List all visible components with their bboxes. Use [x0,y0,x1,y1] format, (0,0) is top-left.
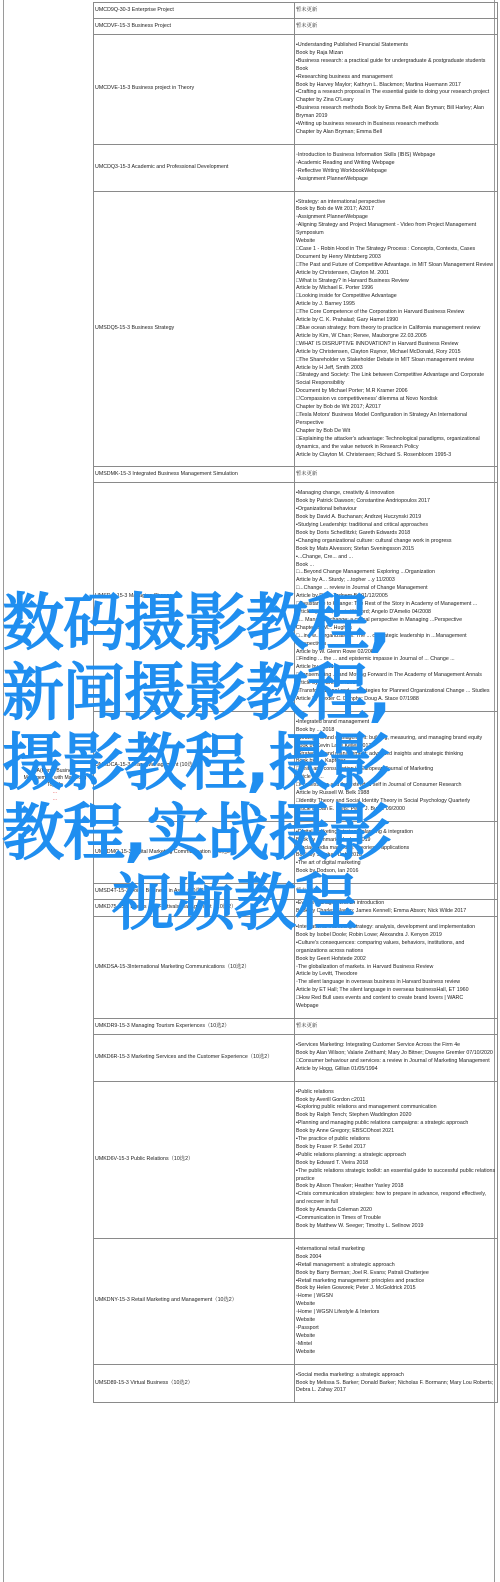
resource-line: ▪Writing up business research in Busines… [296,121,496,129]
course-resources: ▪International retail marketingBook 2004… [295,1238,498,1364]
resource-line: Book 2004 [296,1254,496,1262]
course-row: UMSD89-15-3 Virtual Business（10选2）▪Socia… [94,1364,498,1403]
resource-line: Book by J... Kapferer [296,758,496,766]
resource-line: Book by Bob de Wit 2017; Â2017 [296,206,496,214]
course-row: UMCDQ3-15-3 Academic and Professional De… [94,144,498,191]
resource-line: □'Compassion vs competitiveness' dilemma… [296,396,496,404]
resource-line: Book by Alan Wilson; Valarie Zeithaml; M… [296,1050,496,1058]
course-resources: ▪International marketing strategy: analy… [295,917,498,1019]
resource-line: □...ing w... organizations: The ... of s… [296,633,496,649]
resource-line: Book by ... 2018 [296,727,496,735]
resource-line: Article by Russell W. Belk 1988 [296,790,496,798]
course-code: UMKDNY-15-3 Retail Marketing and Managem… [94,1238,295,1364]
course-row: UMSD...-15-3 Managing Change...▪Managing… [94,483,498,711]
resource-line: □...Change ... review in Journal of Chan… [296,585,496,593]
resource-line: ◦Home | WGSN [296,1293,496,1301]
course-resources: ▪Strategy: an international perspectiveB… [295,191,498,467]
resource-line: ▪Services Marketing: Integrating Custome… [296,1042,496,1050]
resource-line: ◦Assignment PlannerWebpage [296,176,496,184]
resource-line: Book by Ralph Tench; Stephen Waddington … [296,1112,496,1120]
resource-line: ◦Passport [296,1325,496,1333]
program-note-red: ... [20,789,90,796]
course-resources: ▪Integrated brand managementBook by ... … [295,711,498,821]
course-resources: ▪Understanding Published Financial State… [295,35,498,145]
resource-line: □The Core Competence of the Corporation … [296,309,496,317]
course-code: UMKDMQ-15-3 Digital Marketing Communicat… [94,821,295,883]
course-code: UMCDVE-15-3 Business project in Theory [94,35,295,145]
resource-line: □Possessions and the extended self in Jo… [296,782,496,790]
resource-line: Webpage [296,1003,496,1011]
resource-line: □Tesla Motors' Business Model Configurat… [296,412,496,428]
resource-line: ▪Organizational behaviour [296,506,496,514]
resource-line: □Case 1 - Robin Hood in The Strategy Pro… [296,246,496,254]
resource-line: Book by Alison Theaker; Heather Yaxley 2… [296,1183,496,1191]
resource-line: Book by Helen Goworek; Peter J. McGoldri… [296,1285,496,1293]
resource-line: ◦Introduction to Business Information Sk… [296,152,496,160]
resource-line: Article by ET Hall; The silent language … [296,987,496,995]
resource-line: Chapter by Bob De Wit [296,428,496,436]
resource-line: ◦Academic Reading and Writing Webpage [296,160,496,168]
course-code: UMKD6V-15-3 Public Relations（10选2） [94,1081,295,1238]
resource-line: ◦Assignment PlannerWebpage [296,214,496,222]
course-resources: ▪Managing change, creativity & innovatio… [295,483,498,711]
resource-line: ▪Integrated brand management [296,719,496,727]
resource-line: ▪Exploring public relations and manageme… [296,1104,496,1112]
resource-line: Book by Melissa S. Barker; Donald Barker… [296,1380,496,1396]
course-row: UMSDMK-15-3 Integrated Business Manageme… [94,467,498,483]
resource-line: □Blue ocean strategy: from theory to pra… [296,325,496,333]
course-row: UMKDMQ-15-3 Digital Marketing Communicat… [94,821,498,883]
resource-line: ▪The art of digital marketing [296,860,496,868]
resource-line: ▪Public relations planning: a strategic … [296,1152,496,1160]
resource-line: Article by Levitt, Theodore [296,971,496,979]
program-note-red: ... [20,796,90,803]
resource-line: Website [296,1301,496,1309]
resource-line: ▪...Change, Cre... and ... [296,554,496,562]
course-code: UMSDQ5-15-3 Business Strategy [94,191,295,467]
course-code: UMCD9Q-30-3 Enterprise Project [94,3,295,19]
resource-line: Article by ... [296,774,496,782]
resource-line: Book by Charles Bladen; James Kennell; E… [296,908,496,916]
resource-line: □Sensemaking ... and Moving Forward in T… [296,672,496,680]
resource-line: ▪Digital marketing: strategic planning &… [296,829,496,837]
resource-line: ◦The silent language in overseas busines… [296,979,496,987]
resource-line: ◦Home | WGSN Lifestyle & Interiors [296,1309,496,1317]
course-row: UMKD6V-15-3 Public Relations（10选2）▪Publi… [94,1081,498,1238]
resource-line: Article by ... 2013 [296,664,496,672]
resource-line: □How Red Bull uses events and content to… [296,995,496,1003]
resource-line: ▪Communication in Times of Trouble [296,1215,496,1223]
resource-line: ▪Events management: an introduction [296,900,496,908]
course-row: UMKD75-15-3 Events and Festivals Managem… [94,900,498,917]
resource-line: ▪Retail management: a strategic approach [296,1262,496,1270]
resource-line: ▪Business research: a practical guide fo… [296,58,496,66]
program-note-line: BA(Hons) Business [20,768,90,775]
resource-line: ▪The practice of public relations [296,1136,496,1144]
resource-line: □WHAT IS DISRUPTIVE INNOVATION? in Harva… [296,341,496,349]
resource-line: ▪Culture's consequences: comparing value… [296,940,496,956]
resource-line: Book by Matthew W. Seeger; Timothy L. Se… [296,1223,496,1231]
resource-line: ▪Planning and managing public relations … [296,1120,496,1128]
resource-line: 暂未更新 [296,7,496,15]
resource-line: Book by Patrick Dawson; Constantine Andr… [296,498,496,506]
course-row: UMKD6R-15-3 Marketing Services and the C… [94,1034,498,1081]
resource-line: Website [296,238,496,246]
course-row: UMSD4T-15-3 Doing Business in Asia（10选2）… [94,884,498,900]
resource-line: ▪Social media marketing: a strategic app… [296,1372,496,1380]
course-code: UMKD6R-15-3 Marketing Services and the C… [94,1034,295,1081]
resource-line: □Consumer behaviour and services: a revi… [296,1058,496,1066]
course-resources: 暂未更新 [295,467,498,483]
resource-line: Book by David A. Buchanan; Andrzej Huczy… [296,514,496,522]
resource-line: Book by Averill Gordon c2011 [296,1097,496,1105]
course-resources: 暂未更新 [295,3,498,19]
resource-line: □...Beyond Change Management: Exploring … [296,569,496,577]
resource-line: Article by Michael E. Porter 1996 [296,285,496,293]
resource-line: Article by Hogg, Gillian 01/05/1994 [296,1066,496,1074]
resource-line: ▪Crafting a research proposal in The ess… [296,89,496,105]
resource-line: □Identity Theory and Social Identity The… [296,798,496,806]
resource-line: Article by ... Chen ... /2014 [296,680,496,688]
resource-line: ▪Crisis communication strategies: how to… [296,1191,496,1207]
resource-line: Website [296,1349,496,1357]
resource-line: ▪Changing organizational culture: cultur… [296,538,496,546]
resource-line: Article by H Jeff, Smith 2003 [296,365,496,373]
course-code: UMCDVF-15-3 Business Project [94,19,295,35]
program-note-line: Management with Marketing [20,775,90,782]
course-row: UMSDQ5-15-3 Business Strategy▪Strategy: … [94,191,498,467]
resource-line: ▪Strategic brand management: building, m… [296,735,496,743]
resource-line: Article by Dexter C. Dunphy; Doug A. Sta… [296,696,496,704]
course-code: UMSD89-15-3 Virtual Business（10选2） [94,1364,295,1403]
resource-line: Book ... [296,562,496,570]
course-row: UMCD9Q-30-3 Enterprise Project暂未更新 [94,3,498,19]
resource-line: ◦The globalization of markets. in Harvar… [296,964,496,972]
resource-line: Book by Dodson, Ian 2016 [296,868,496,876]
resource-line: Document by Henry Mintzberg 2003 [296,254,496,262]
resource-line: Article by A... Sturdy; ...topher ...y 1… [296,577,496,585]
course-resources: ▪Digital marketing: strategic planning &… [295,821,498,883]
course-resources: ▪Events management: an introductionBook … [295,900,498,917]
resource-line: Book by Geert Hofstede 2002 [296,956,496,964]
resource-line: 暂未更新 [296,23,496,31]
resource-line: 暂未更新 [296,471,496,479]
course-row: UMCDVE-15-3 Business project in Theory▪U… [94,35,498,145]
resource-line: Article by J. Barney 1995 [296,301,496,309]
resource-line: Book by Amanda Coleman 2020 [296,1207,496,1215]
resource-line: ◦Mintel [296,1341,496,1349]
course-row: UMKDR9-15-3 Managing Tourism Experiences… [94,1018,498,1034]
resource-line: Book by Stephan Dahl 2018 [296,852,496,860]
course-code: UMSDMK-15-3 Integrated Business Manageme… [94,467,295,483]
resource-line: Article by C. K. Prahalad; Gary Hamel 19… [296,317,496,325]
resource-line: Article by Christensen, Clayton M. 2001 [296,270,496,278]
resource-line: Book by Doris Schedlitzki; Gareth Edward… [296,530,496,538]
resource-line: ◦Reflective Writing WorkbookWebpage [296,168,496,176]
resource-line: ▪Researching business and management [296,74,496,82]
course-row: UMKDSA-15-3International Marketing Commu… [94,917,498,1019]
resource-line: □The Past and Future of Competitive Adva… [296,262,496,270]
course-code: UMKDR9-15-3 Managing Tourism Experiences… [94,1018,295,1034]
resource-line: 暂未更新 [296,1023,496,1031]
resource-line: Article by ...ord; Laurie W...ford; Ange… [296,609,496,617]
course-table: UMCD9Q-30-3 Enterprise Project暂未更新UMCDVF… [93,2,498,1403]
resource-line: Book [296,66,496,74]
resource-line: ▪Strategic brand management: advanced in… [296,751,496,759]
resource-line: ▪Studying Leadership: traditional and cr… [296,522,496,530]
course-row: UMCDVF-15-3 Business Project暂未更新 [94,19,498,35]
resource-line: Book by Harvey Maylor; Kathryn L. Blackm… [296,82,496,90]
resource-line: Book by Anne Gregory; EBSCOhost 2021 [296,1128,496,1136]
resource-line: □Finding ... the ... and epistemic impas… [296,656,496,664]
resource-line: Article by W. Glenn Rowe 02/2001 [296,649,496,657]
resource-line: Book by Fraser P. Seitel 2017 [296,1144,496,1152]
course-code: UMCDQ3-15-3 Academic and Professional De… [94,144,295,191]
resource-line: □Looking inside for Competitive Advantag… [296,293,496,301]
resource-line: Document by Michael Porter; M.R Kramer 2… [296,388,496,396]
course-code: UMKDSA-15-3International Marketing Commu… [94,917,295,1019]
resource-line: □... Managing change: a critical perspec… [296,617,496,625]
resource-line: Chapter by Bob de Wit 2017; Â2017 [296,404,496,412]
course-resources: ◦Introduction to Business Information Sk… [295,144,498,191]
resource-line: Book by Raja Mizan [296,50,496,58]
resource-line: □The Shareholder vs Stakeholder Debate i… [296,357,496,365]
course-resources: ▪Social media marketing: a strategic app… [295,1364,498,1403]
resource-line: Website [296,1333,496,1341]
resource-line: □What is Strategy? in Harvard Business R… [296,278,496,286]
resource-line: □Transformational and ... Strategies for… [296,688,496,696]
resource-line: 暂未更新 [296,888,496,896]
resource-line: ▪Social media marketing: theories & appl… [296,845,496,853]
resource-line: Chapter by M... Hughes [296,625,496,633]
resource-line: ▪International marketing strategy: analy… [296,924,496,932]
resource-line: ▪Business research methods Book by Emma … [296,105,496,121]
course-resources: ▪Public relationsBook by Averill Gordon … [295,1081,498,1238]
resource-line: Website [296,1317,496,1325]
resource-line: Book by Kevin Lane Keller 2013 [296,743,496,751]
resource-line: Article by Kim, W Chan; Renee, Mauborgne… [296,333,496,341]
resource-line: Chapter by Alan Bryman; Emma Bell [296,129,496,137]
course-code: UMKDCA-15-3 Brand Management (10选2) [94,711,295,821]
course-code: UMSD4T-15-3 Doing Business in Asia（10选2） [94,884,295,900]
resource-line: □Resistance to Change: The Rest of the S… [296,601,496,609]
resource-line: Book by Barry Berman; Joel R. Evans; Pat… [296,1270,496,1278]
course-row: UMKDCA-15-3 Brand Management (10选2)▪Inte… [94,711,498,821]
resource-line: □Strategy and Society: The Link between … [296,372,496,388]
resource-line: □Explaining the attacker's advantage: Te… [296,436,496,452]
resource-line: ▪International retail marketing [296,1246,496,1254]
resource-line: ▪Understanding Published Financial State… [296,42,496,50]
course-resources: 暂未更新 [295,1018,498,1034]
course-row: UMKDNY-15-3 Retail Marketing and Managem… [94,1238,498,1364]
resource-line: ▪Retail marketing management: principles… [296,1278,496,1286]
resource-line: Article by Christensen, Clayton Raynor, … [296,349,496,357]
resource-line: □...nity and consumption in European Jou… [296,766,496,774]
program-note-line: Top Up [20,782,90,789]
resource-line: Book by Mats Alvesson; Stefan Sveningsso… [296,546,496,554]
resource-line: ▪The public relations strategic toolkit:… [296,1168,496,1184]
resource-line: Article by Clayton M. Christensen; Richa… [296,452,496,460]
resource-line: ◦Aligning Strategy and Project Managment… [296,222,496,238]
resource-line: Book by Edward T. Vieira 2018 [296,1160,496,1168]
course-resources: ▪Services Marketing: Integrating Custome… [295,1034,498,1081]
course-code: UMSD...-15-3 Managing Change... [94,483,295,711]
resource-line: Article by Rune Todnem By 01/12/2005 [296,593,496,601]
resource-line: Book by Annmarie Hanlon 2019 [296,837,496,845]
course-code: UMKD75-15-3 Events and Festivals Managem… [94,900,295,917]
resource-line: ▪Public relations [296,1089,496,1097]
resource-line: ▪Managing change, creativity & innovatio… [296,490,496,498]
course-resources: 暂未更新 [295,19,498,35]
program-note: BA(Hons) Business Management with Market… [20,768,90,803]
course-resources: 暂未更新 [295,884,498,900]
resource-line: Book by Isobel Doole; Robin Lowe; Alexan… [296,932,496,940]
resource-line: Article by Jan E. Stets; Peter J. Burke … [296,806,496,814]
